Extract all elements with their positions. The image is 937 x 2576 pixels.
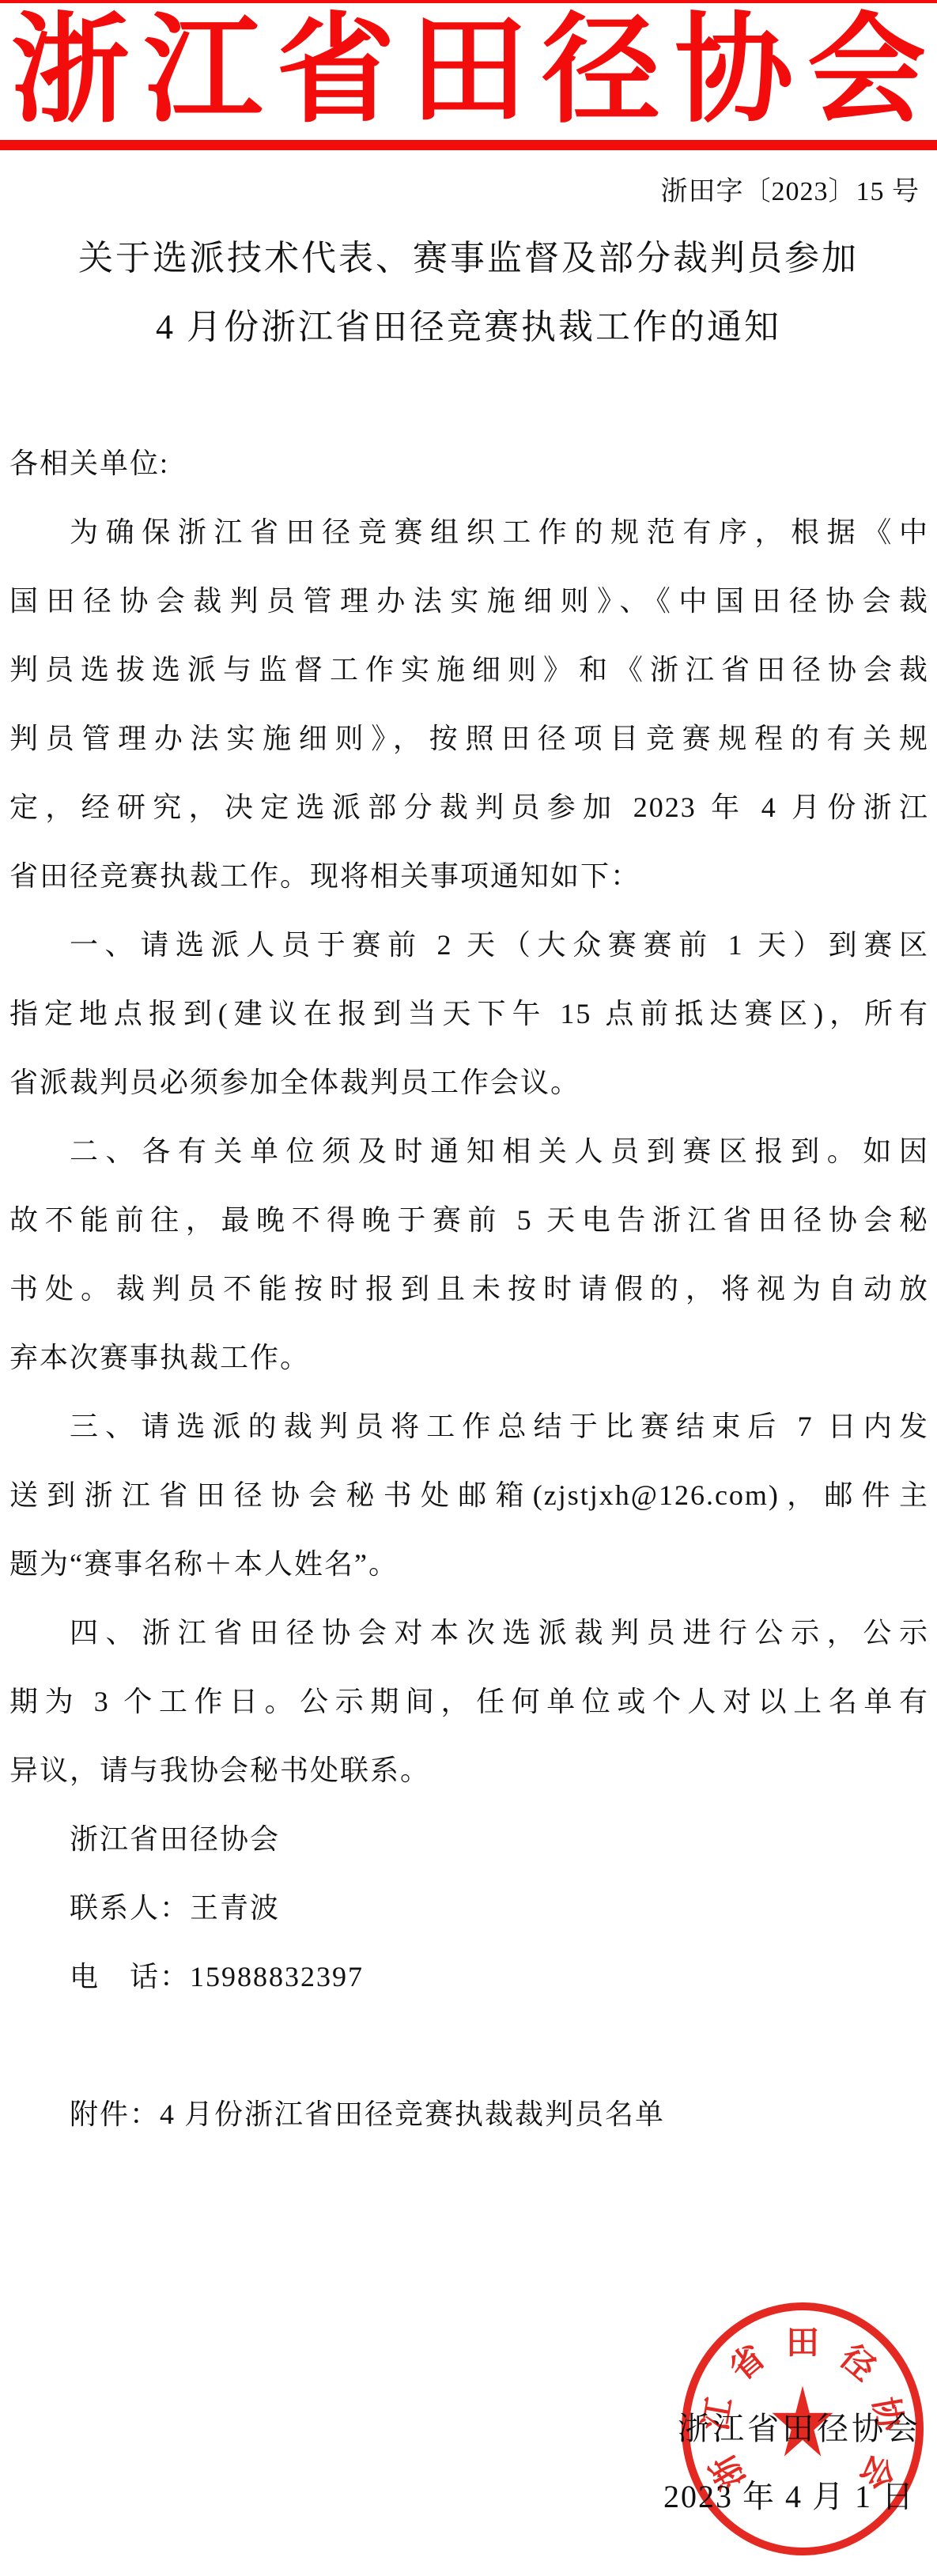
body-line: 期为 3 个工作日。公示期间，任何单位或个人对以上名单有 [9, 1668, 929, 1736]
body-line: 判员管理办法实施细则》，按照田径项目竞赛规程的有关规 [9, 704, 929, 773]
body-line: 题为“赛事名称＋本人姓名”。 [9, 1530, 929, 1599]
contact-phone: 电 话：15988832397 [9, 1943, 929, 2011]
body-line: 三、请选派的裁判员将工作总结于比赛结束后 7 日内发 [9, 1392, 929, 1461]
salutation: 各相关单位: [9, 429, 929, 498]
body-line: 判员选拔选派与监督工作实施细则》和《浙江省田径协会裁 [9, 636, 929, 704]
document-page: 浙江省田径协会 浙田字〔2023〕15 号 关于选派技术代表、赛事监督及部分裁判… [0, 0, 937, 2576]
seal-ring-char: 协 [866, 2393, 908, 2435]
body-line: 一、请选派人员于赛前 2 天（大众赛赛前 1 天）到赛区 [9, 911, 929, 980]
seal-ring-char: 江 [697, 2393, 739, 2435]
blank-line [9, 2011, 929, 2080]
seal-ring-char: 浙 [704, 2447, 754, 2497]
doc-number: 浙田字〔2023〕15 号 [661, 175, 920, 210]
body-line: 定，经研究，决定选派部分裁判员参加 2023 年 4 月份浙江 [9, 773, 929, 842]
body-line: 二、各有关单位须及时通知相关人员到赛区报到。如因 [9, 1117, 929, 1186]
body-text: 各相关单位: 为确保浙江省田径竞赛组织工作的规范有序，根据《中 国田径协会裁判员… [9, 429, 929, 2149]
red-divider-bar [0, 140, 937, 150]
title-line-2: 4 月份浙江省田径竞赛执裁工作的通知 [0, 306, 937, 349]
body-line: 省田径竞赛执裁工作。现将相关事项通知如下： [9, 842, 929, 911]
body-line: 异议，请与我协会秘书处联系。 [9, 1736, 929, 1805]
attachment-note: 附件：4 月份浙江省田径竞赛执裁裁判员名单 [9, 2080, 929, 2149]
body-line: 四、浙江省田径协会对本次选派裁判员进行公示，公示 [9, 1599, 929, 1668]
body-line: 故不能前往，最晚不得晚于赛前 5 天电告浙江省田径协会秘 [9, 1186, 929, 1255]
body-line: 送到浙江省田径协会秘书处邮箱(zjstjxh@126.com)，邮件主 [9, 1461, 929, 1530]
body-line: 为确保浙江省田径竞赛组织工作的规范有序，根据《中 [9, 498, 929, 567]
body-line: 指定地点报到(建议在报到当天下午 15 点前抵达赛区)，所有 [9, 980, 929, 1048]
body-line: 国田径协会裁判员管理办法实施细则》、《中国田径协会裁 [9, 567, 929, 636]
seal-ring-char: 会 [852, 2447, 901, 2497]
body-line: 省派裁判员必须参加全体裁判员工作会议。 [9, 1048, 929, 1117]
body-line: 书处。裁判员不能按时报到且未按时请假的，将视为自动放 [9, 1255, 929, 1324]
seal-ring-char: 径 [832, 2338, 883, 2389]
seal-ring-char: 田 [784, 2325, 821, 2362]
closing-org: 浙江省田径协会 [9, 1805, 929, 1874]
title-line-1: 关于选派技术代表、赛事监督及部分裁判员参加 [0, 237, 937, 280]
body-line: 弃本次赛事执裁工作。 [9, 1324, 929, 1392]
seal-star-icon [771, 2385, 834, 2467]
seal-ring-char: 省 [722, 2338, 773, 2389]
masthead-title: 浙江省田径协会 [0, 3, 937, 139]
official-seal: 浙 江 省 田 径 协 会 [682, 2302, 924, 2555]
contact-person: 联系人：王青波 [9, 1874, 929, 1943]
